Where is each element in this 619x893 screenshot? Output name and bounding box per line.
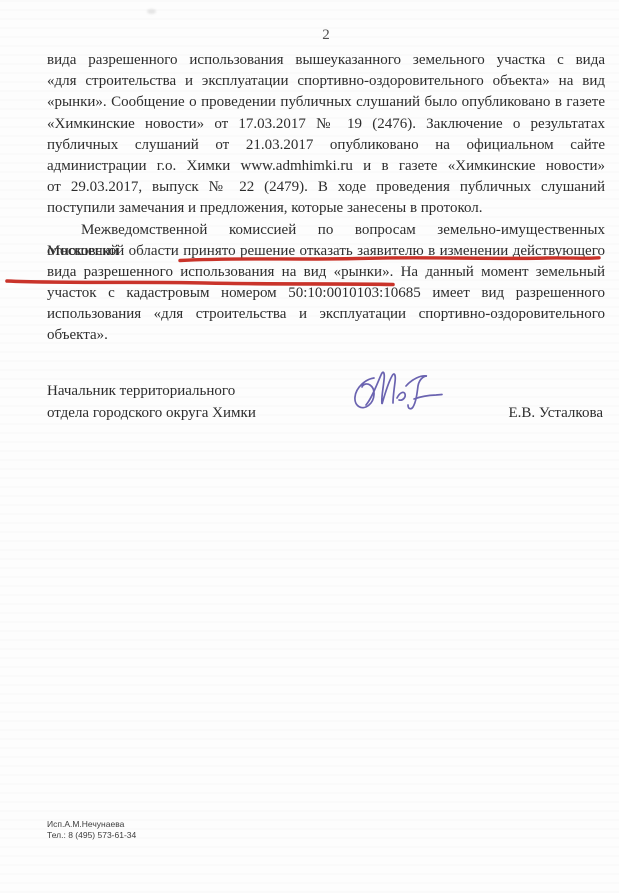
text-line: использования «для строительства и экспл… (47, 304, 605, 325)
scan-artifact (147, 9, 156, 14)
text-line: Межведомственной комиссией по вопросам з… (47, 220, 605, 241)
text-line: «для строительства и эксплуатации спорти… (47, 71, 605, 92)
footer-phone: Тел.: 8 (495) 573-61-34 (47, 830, 136, 841)
footer-executor: Исп.А.М.Нечунаева (47, 819, 136, 830)
signer-name: Е.В. Усталкова (509, 403, 603, 425)
text-line: вида разрешенного использования вышеуказ… (47, 50, 605, 71)
document-body: вида разрешенного использования вышеуказ… (47, 50, 605, 347)
text-line: поступили замечания и предложения, котор… (47, 198, 605, 219)
text-line: «Химкинские новости» от 17.03.2017 № 19 … (47, 114, 605, 135)
text-line: участок с кадастровым номером 50:10:0010… (47, 283, 605, 304)
signer-title-line1: Начальник территориального (47, 381, 605, 403)
text-line: Московской области принято решение отказ… (47, 241, 605, 262)
page-number: 2 (47, 27, 605, 44)
document-page: 2 вида разрешенного использования вышеук… (0, 0, 619, 893)
text-line: публичных слушаний от 21.03.2017 опублик… (47, 135, 605, 156)
text-line: вида разрешенного использования на вид «… (47, 262, 605, 283)
text-line: объекта». (47, 325, 605, 346)
document-footer: Исп.А.М.Нечунаева Тел.: 8 (495) 573-61-3… (47, 819, 136, 841)
signature-block: Начальник территориального отдела городс… (47, 381, 605, 424)
text-line: «рынки». Сообщение о проведении публичны… (47, 92, 605, 113)
text-line: от 29.03.2017, выпуск № 22 (2479). В ход… (47, 177, 605, 198)
text-line: администрации г.о. Химки www.admhimki.ru… (47, 156, 605, 177)
